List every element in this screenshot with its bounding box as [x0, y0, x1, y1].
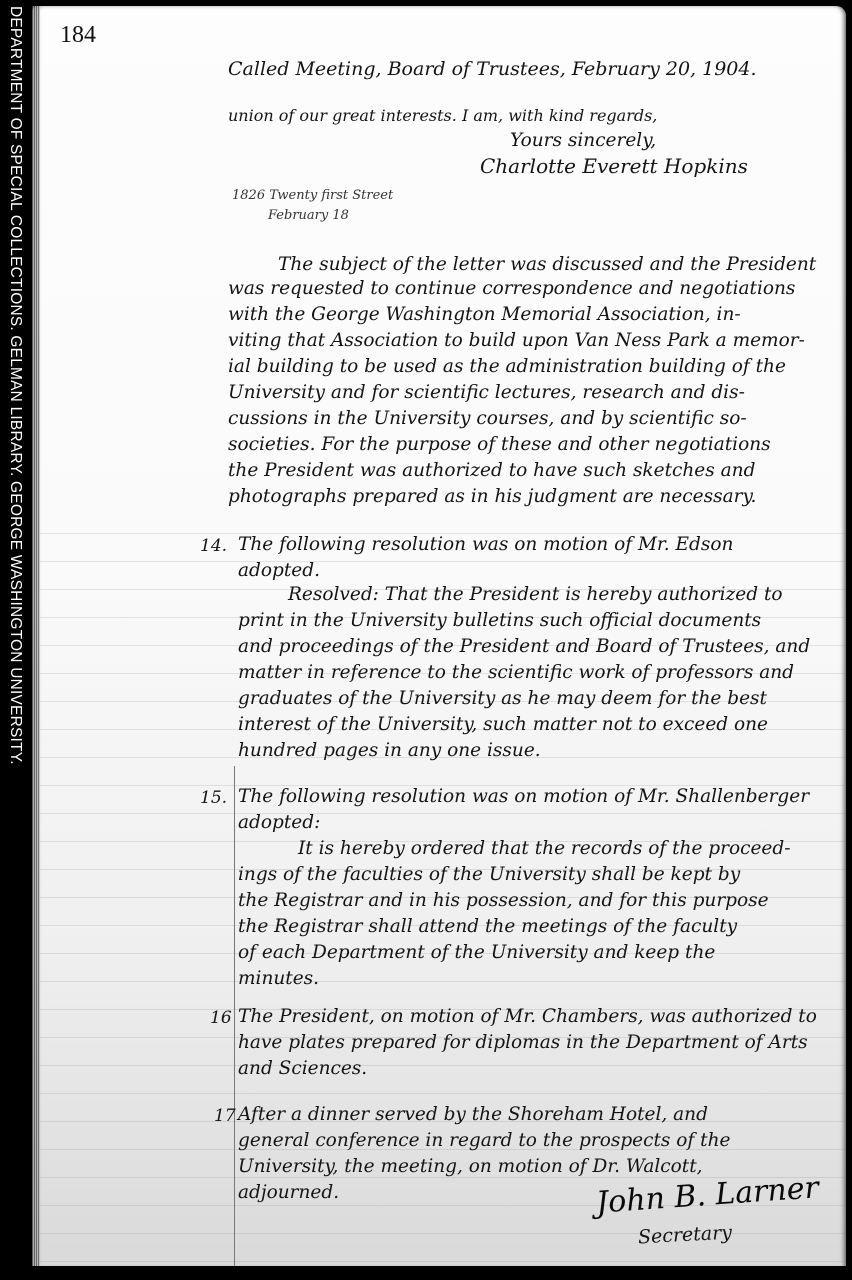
text-line: ial building to be used as the administr… [228, 356, 786, 377]
text-line: of each Department of the University and… [238, 942, 715, 963]
letter-signer: Charlotte Everett Hopkins [480, 154, 748, 178]
text-line: have plates prepared for diplomas in the… [238, 1032, 808, 1053]
text-line: matter in reference to the scientific wo… [238, 662, 794, 683]
text-line: hundred pages in any one issue. [238, 740, 541, 761]
text-line: interest of the University, such matter … [238, 714, 768, 735]
text-line: University, the meeting, on motion of Dr… [238, 1156, 703, 1177]
text-line: the President was authorized to have suc… [228, 460, 755, 481]
page-binding-edge [32, 6, 40, 1268]
text-line: minutes. [238, 968, 319, 989]
letter-address: 1826 Twenty first Street [232, 188, 393, 203]
text-line: and Sciences. [238, 1058, 367, 1079]
meeting-heading: Called Meeting, Board of Trustees, Febru… [228, 58, 757, 80]
text-line: The President, on motion of Mr. Chambers… [238, 1006, 817, 1027]
text-line: adopted: [238, 812, 320, 833]
text-line: societies. For the purpose of these and … [228, 434, 771, 455]
text-line: ings of the faculties of the University … [238, 864, 740, 885]
item-number: 16 [210, 1008, 232, 1028]
text-line: adopted. [238, 560, 320, 581]
archive-credit-text: DEPARTMENT OF SPECIAL COLLECTIONS. GELMA… [4, 6, 26, 765]
margin-rule [234, 766, 235, 1266]
text-line: It is hereby ordered that the records of… [298, 838, 790, 859]
text-line: print in the University bulletins such o… [238, 610, 761, 631]
letter-date: February 18 [268, 208, 349, 223]
text-line: photographs prepared as in his judgment … [228, 486, 756, 507]
item-number: 17 [214, 1106, 236, 1126]
item-number: 14. [200, 536, 227, 556]
text-line: The following resolution was on motion o… [238, 534, 733, 555]
text-line: the Registrar and in his possession, and… [238, 890, 769, 911]
text-line: The subject of the letter was discussed … [278, 254, 816, 275]
page-number: 184 [60, 22, 96, 49]
ledger-page: 184 Called Meeting, Board of Trustees, F… [32, 6, 846, 1268]
item-number: 15. [200, 788, 227, 808]
text-line: Resolved: That the President is hereby a… [288, 584, 783, 605]
archive-credit-strip: DEPARTMENT OF SPECIAL COLLECTIONS. GELMA… [0, 0, 30, 1280]
text-line: cussions in the University courses, and … [228, 408, 747, 429]
text-line: University and for scientific lectures, … [228, 382, 745, 403]
text-line: The following resolution was on motion o… [238, 786, 809, 807]
text-line: and proceedings of the President and Boa… [238, 636, 810, 657]
text-line: viting that Association to build upon Va… [228, 330, 805, 351]
text-line: was requested to continue correspondence… [228, 278, 795, 299]
letter-valediction: Yours sincerely, [510, 130, 656, 151]
text-line: adjourned. [238, 1182, 339, 1203]
text-line: general conference in regard to the pros… [238, 1130, 730, 1151]
text-line: graduates of the University as he may de… [238, 688, 767, 709]
scan-bottom-border [0, 1266, 852, 1280]
text-line: After a dinner served by the Shoreham Ho… [238, 1104, 708, 1125]
letter-closing-line: union of our great interests. I am, with… [228, 106, 657, 125]
text-line: with the George Washington Memorial Asso… [228, 304, 741, 325]
text-line: the Registrar shall attend the meetings … [238, 916, 737, 937]
